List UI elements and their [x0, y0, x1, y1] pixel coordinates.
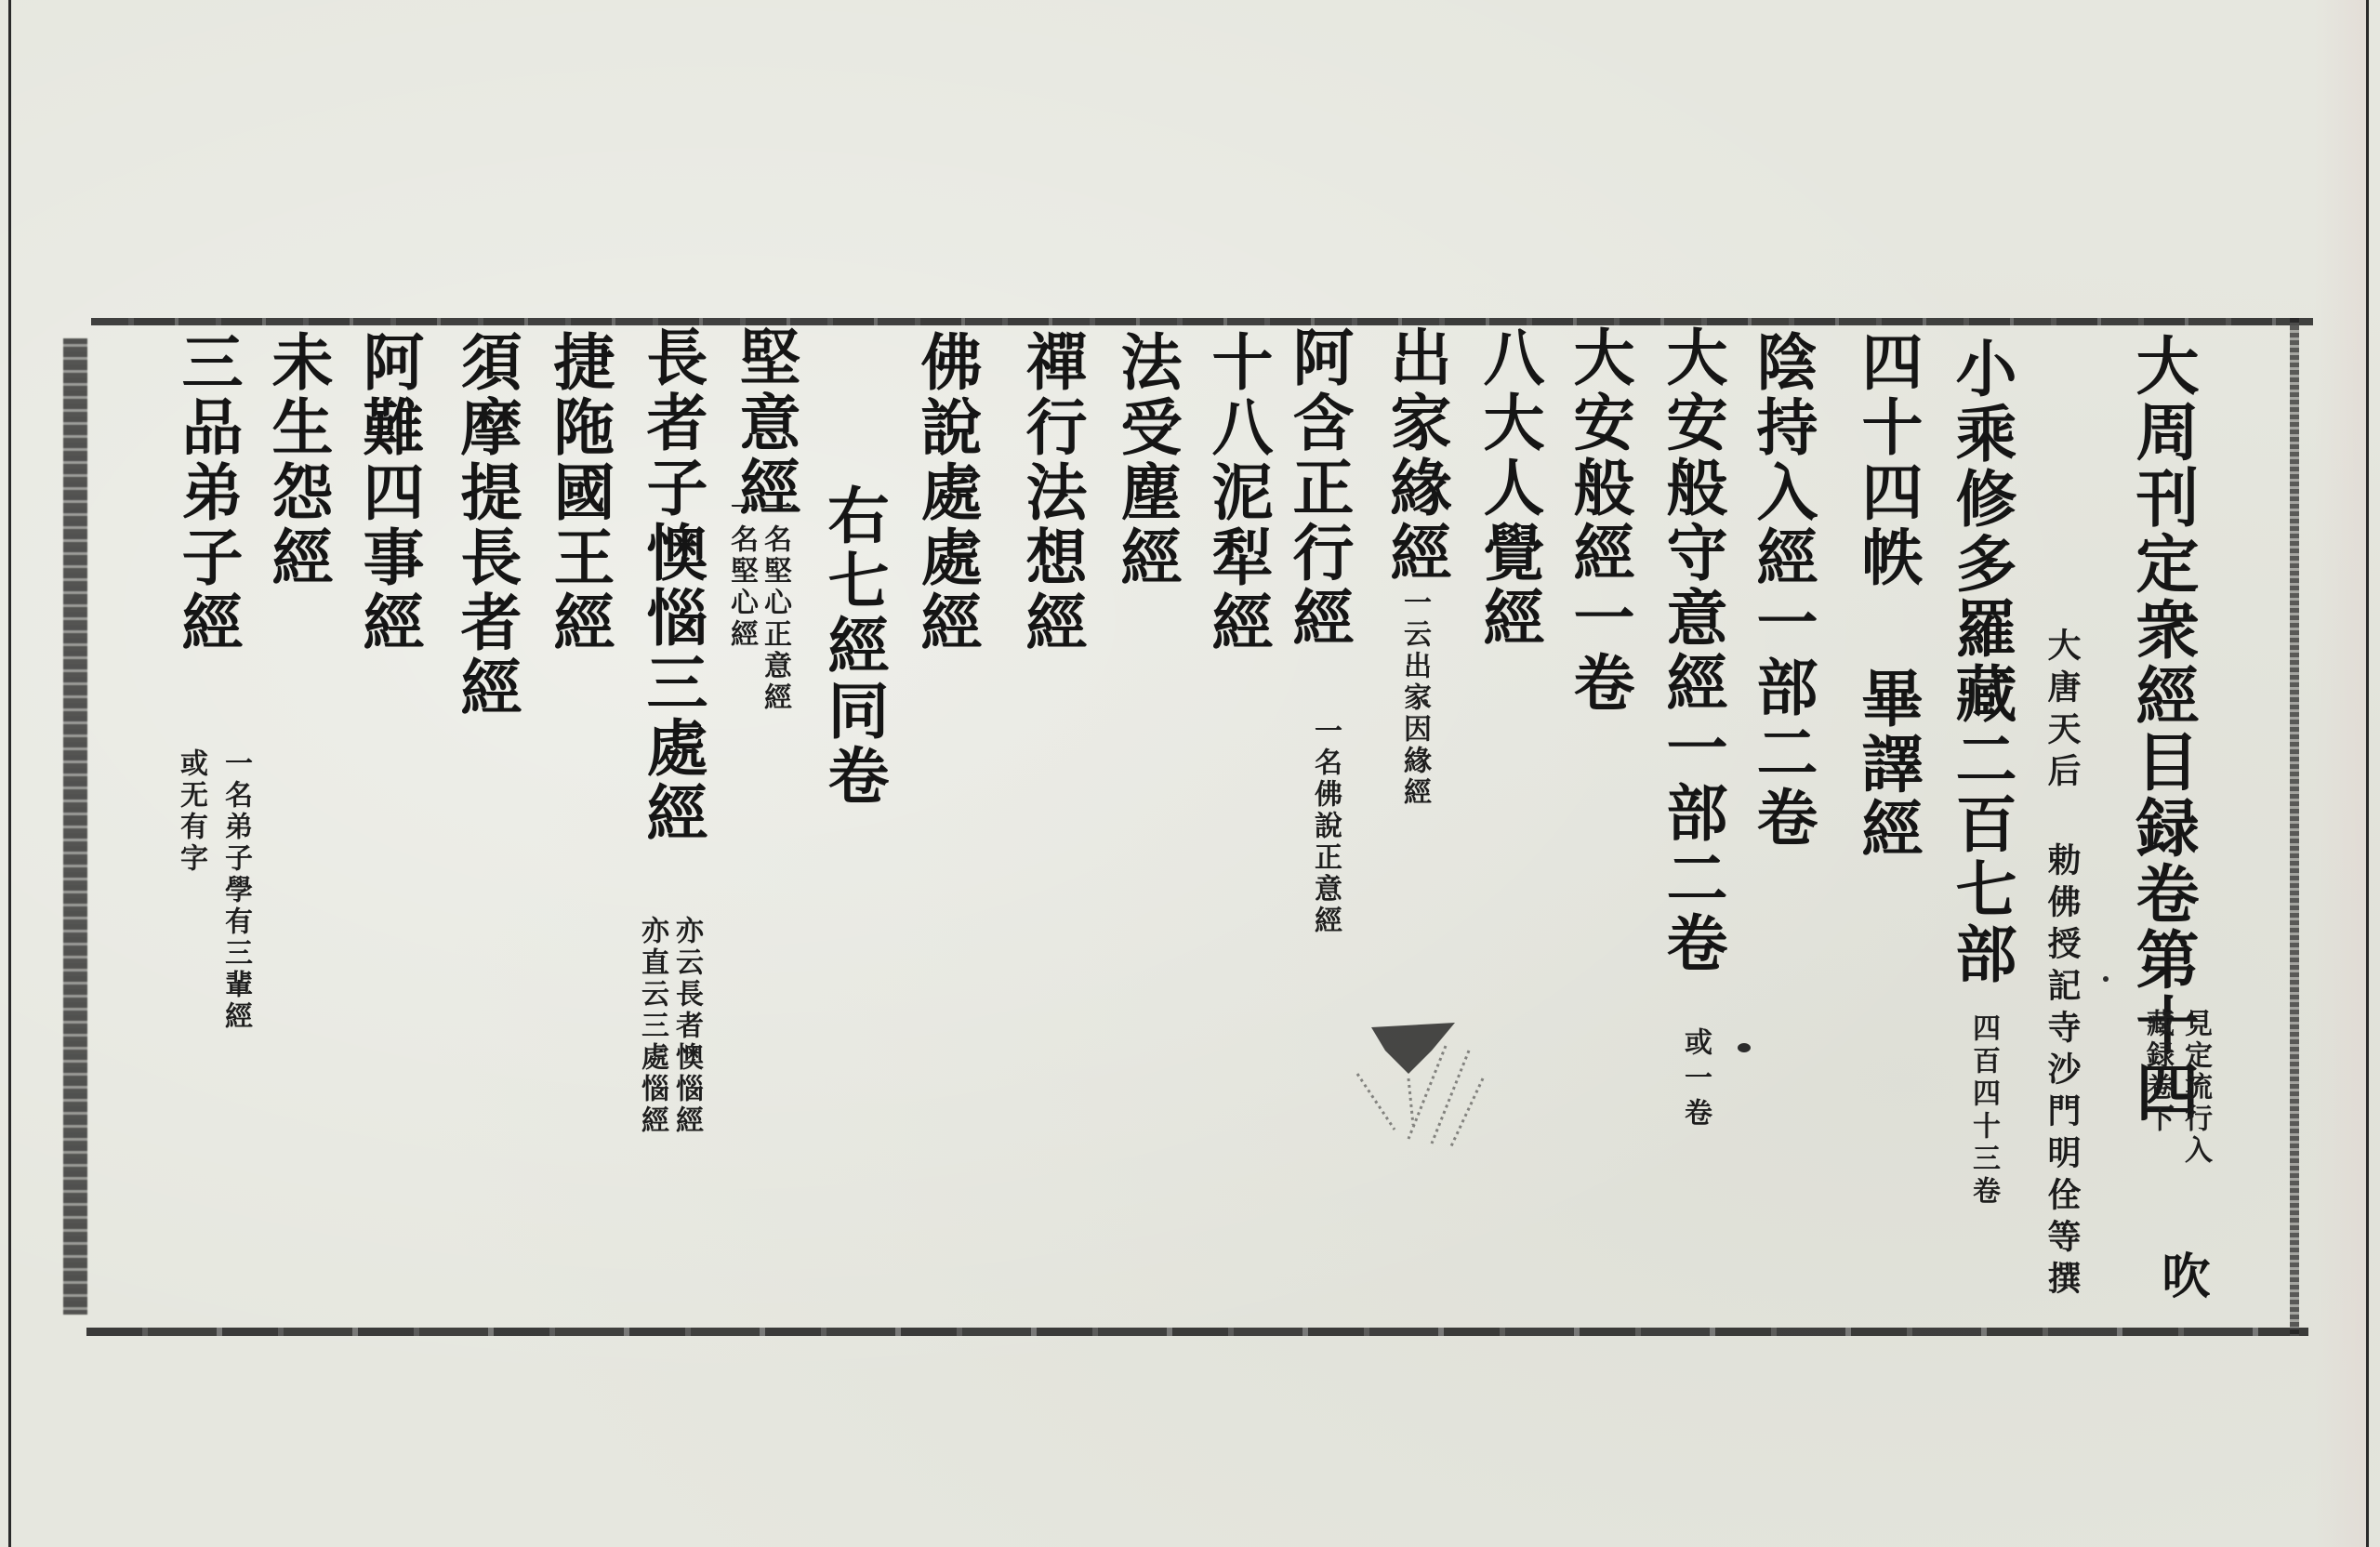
entry-c14-note-1: 亦云長者懊惱經	[672, 916, 700, 1137]
page-edge-left	[8, 0, 11, 1547]
frame-top-rule	[91, 318, 2313, 325]
entry-c13-note-2: 一名堅心經	[727, 493, 755, 651]
entry-c9: 法受塵經	[1116, 330, 1177, 590]
entry-c17: 阿難四事經	[358, 330, 419, 655]
entry-c13: 堅意經	[734, 325, 796, 521]
entry-c11: 佛說處處經	[916, 330, 977, 655]
entry-c8: 十八泥犁經	[1207, 330, 1268, 655]
frame-bottom-rule	[86, 1328, 2308, 1336]
entry-c7-note: 一名佛說正意經	[1311, 716, 1339, 937]
entry-c19-note-1: 一名弟子學有三輩經	[221, 748, 249, 1033]
frame-left-rule	[63, 338, 87, 1315]
page-marker: 吹	[2157, 1250, 2205, 1304]
entry-c19: 三品弟子經	[177, 330, 238, 655]
entry-c18: 未生怨經	[267, 330, 328, 590]
entry-c2: 陰持入經一部二卷	[1752, 330, 1813, 851]
frame-right-rule	[2290, 318, 2299, 1336]
entry-c5: 八大人覺經	[1478, 325, 1540, 651]
entry-c19-note-2: 或无有字	[177, 748, 205, 875]
entry-c6: 出家緣經	[1385, 325, 1447, 586]
entry-c6-note: 一云出家因緣經	[1400, 588, 1428, 809]
ink-smudge	[1320, 1009, 1506, 1148]
entry-c13-note-1: 一名堅心正意經	[760, 493, 788, 714]
entry-c7: 阿含正行經	[1288, 325, 1349, 651]
entry-c15: 捷陁國王經	[549, 330, 610, 655]
page-edge-right	[2366, 0, 2369, 1547]
entry-c16: 須摩提長者經	[456, 330, 517, 721]
title-note-line1: 見定流行入	[2181, 1009, 2209, 1167]
title-note-line2: 藏録卷下	[2143, 1009, 2171, 1135]
entry-c1: 四十四帙 畢譯經	[1857, 330, 1918, 862]
section-heading: 小乘修多羅藏二百七部	[1950, 337, 2012, 987]
entry-c12: 右七經同卷	[823, 483, 884, 809]
entry-c3: 大安般守意經一部二卷	[1661, 325, 1723, 976]
entry-c10: 禪行法想經	[1021, 330, 1082, 655]
page-gutter	[2315, 0, 2366, 1547]
entry-c14: 長者子懊惱三處經	[641, 325, 703, 846]
compiler-line: 大唐天后 勅佛授記寺沙門明佺等撰	[2045, 628, 2079, 1302]
entry-c3-note: 或一卷	[1681, 1027, 1709, 1133]
entry-c4: 大安般經一卷	[1568, 325, 1630, 716]
ink-speck	[1422, 699, 1428, 705]
ink-speck	[2103, 976, 2109, 982]
section-heading-note: 四百四十三卷	[1969, 1013, 1997, 1209]
ink-speck	[1738, 1043, 1751, 1052]
entry-c14-note-2: 亦直云三處惱經	[638, 916, 666, 1137]
catalog-title: 大周刊定衆經目録卷第十四	[2131, 333, 2194, 1125]
